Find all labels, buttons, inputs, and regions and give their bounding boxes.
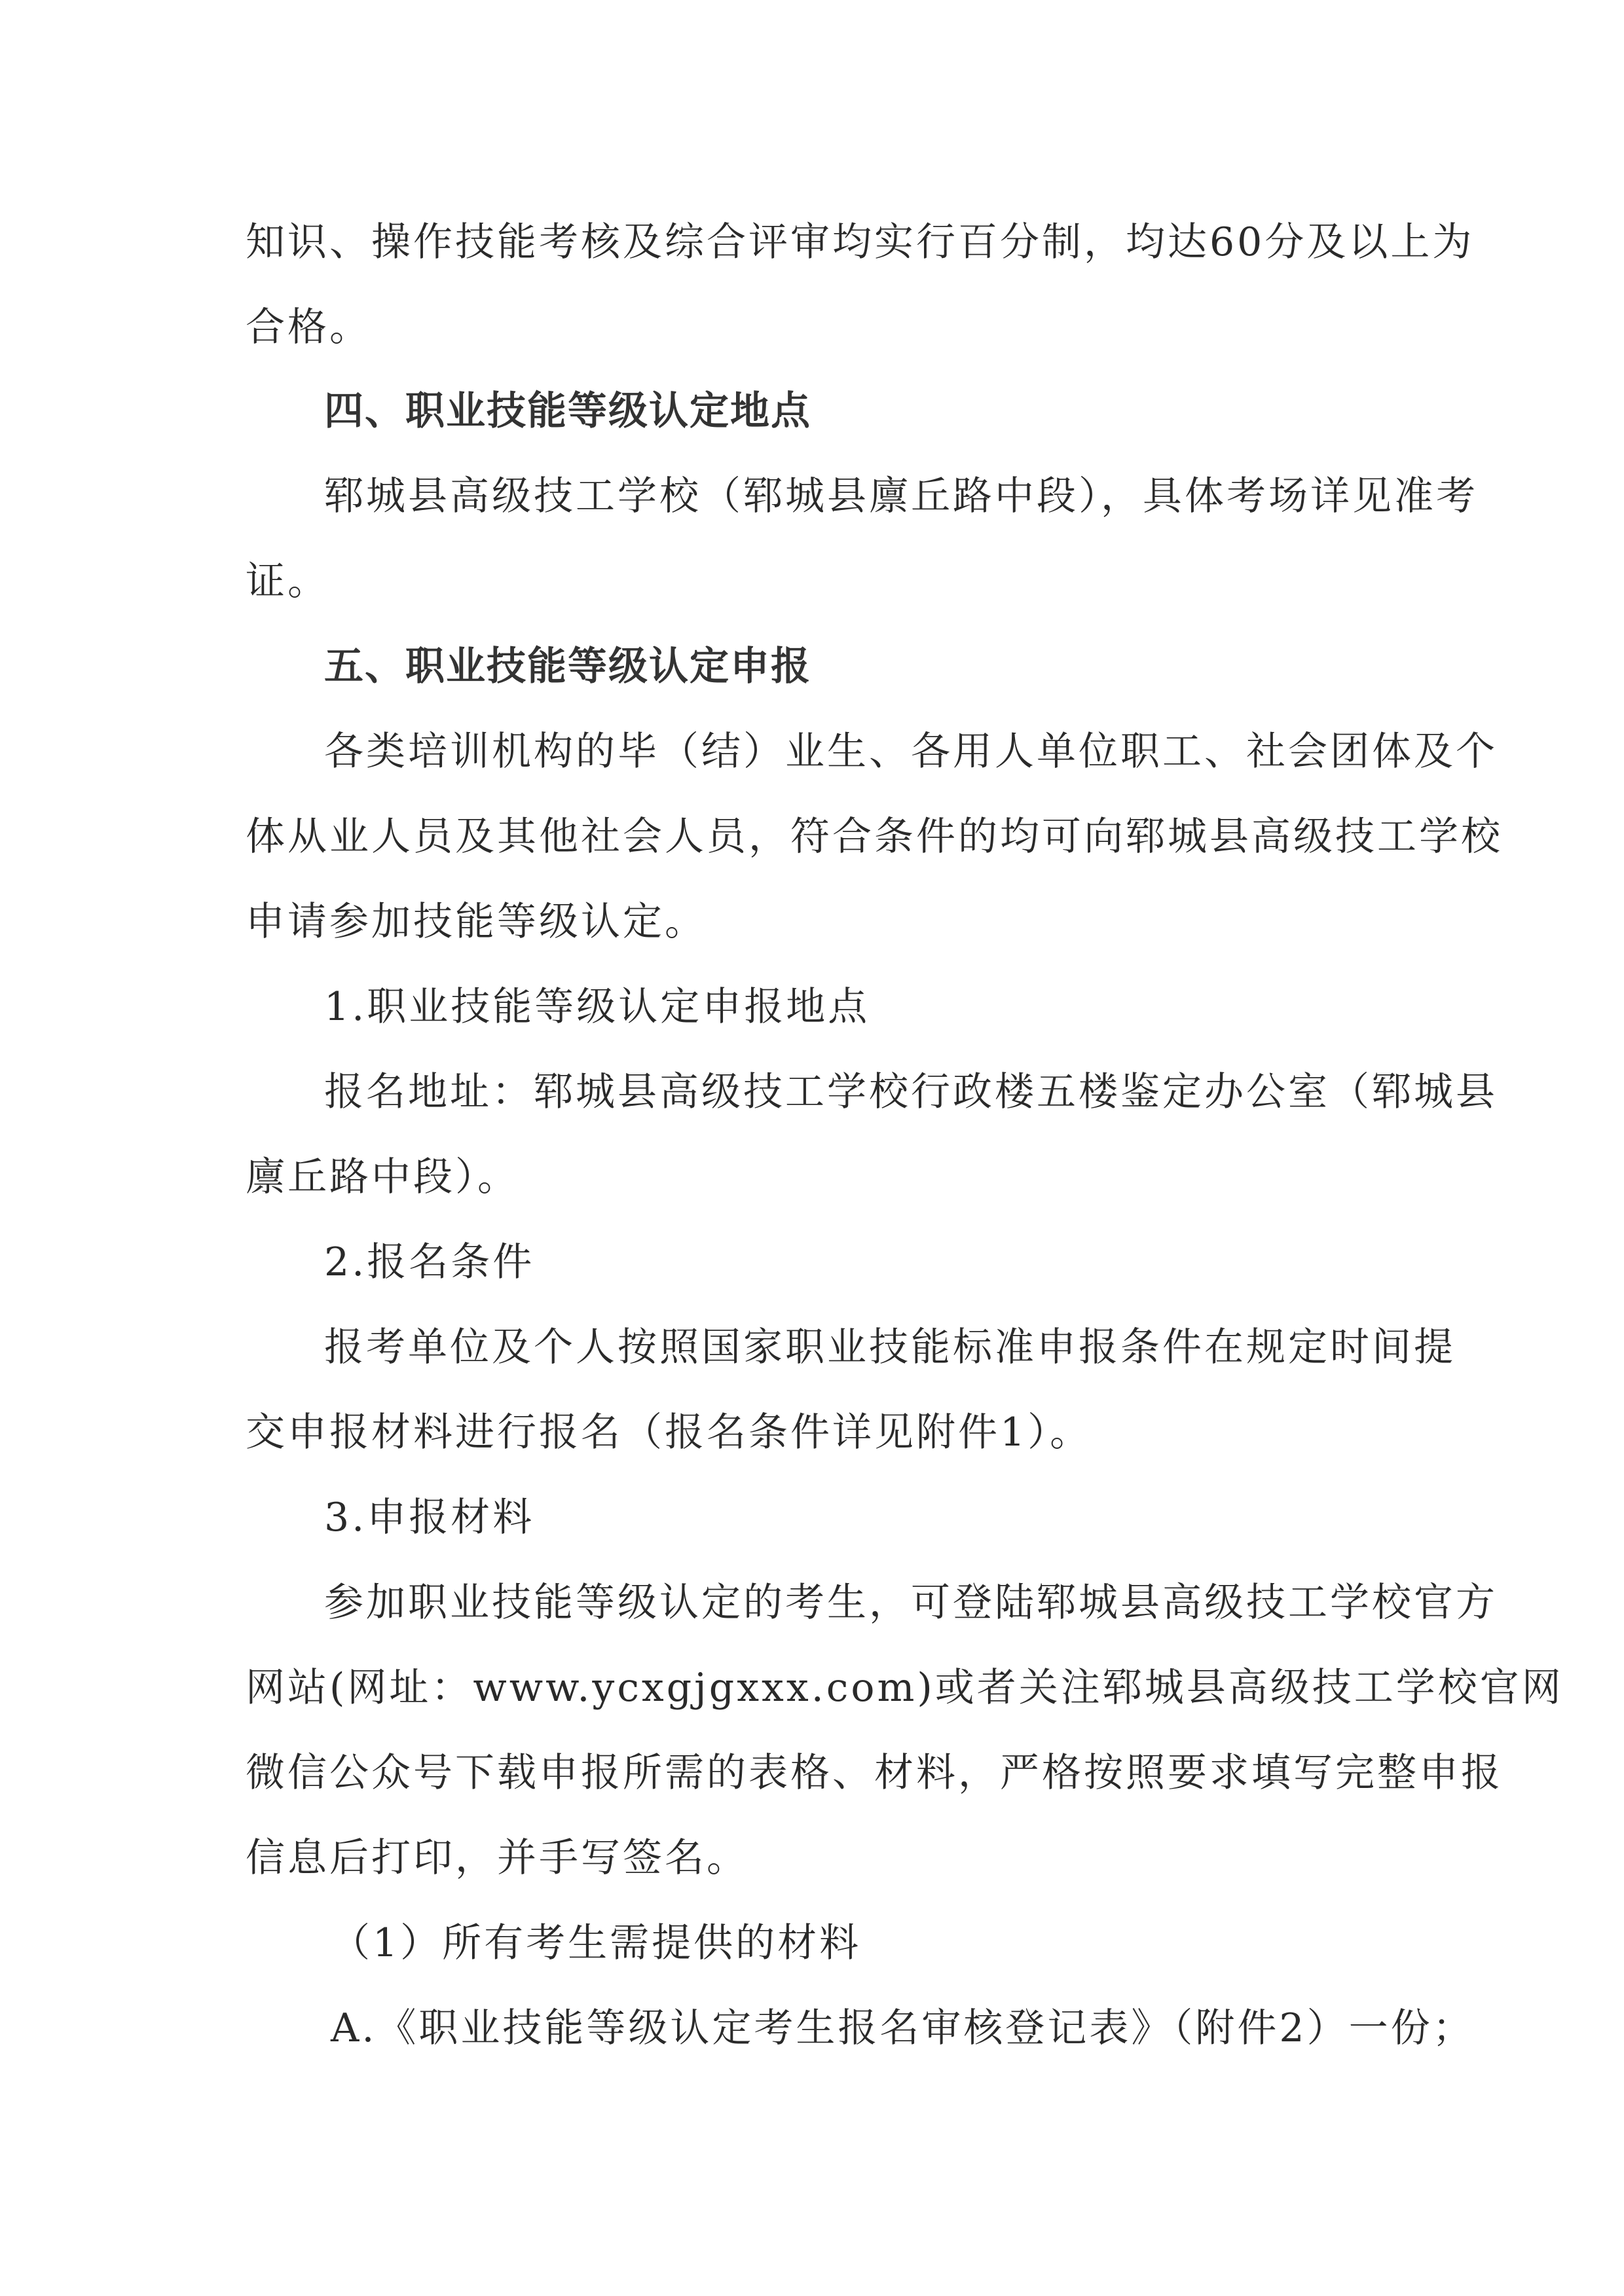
paragraph-line: 体从业人员及其他社会人员，符合条件的均可向郓城县高级技工学校 bbox=[246, 811, 1392, 863]
section-heading-location: 四、职业技能等级认定地点 bbox=[324, 385, 1470, 437]
subsection-heading-materials: 3.申报材料 bbox=[324, 1491, 1470, 1544]
paragraph-line: 参加职业技能等级认定的考生，可登陆郓城县高级技工学校官方 bbox=[324, 1576, 1470, 1629]
item-heading-required-materials: （1）所有考生需提供的材料 bbox=[331, 1917, 1477, 1969]
paragraph-line-with-url: 网站(网址：www.ycxgjgxxx.com)或者关注郓城县高级技工学校官网 bbox=[246, 1662, 1392, 1714]
paragraph-line: 知识、操作技能考核及综合评审均实行百分制，均达60分及以上为 bbox=[246, 216, 1392, 268]
paragraph-line: 信息后打印，并手写签名。 bbox=[246, 1832, 1392, 1884]
paragraph-line: 各类培训机构的毕（结）业生、各用人单位职工、社会团体及个 bbox=[324, 725, 1470, 778]
paragraph-line: 证。 bbox=[246, 555, 1392, 608]
paragraph-line: 申请参加技能等级认定。 bbox=[246, 896, 1392, 948]
paragraph-line: 报名地址：郓城县高级技工学校行政楼五楼鉴定办公室（郓城县 bbox=[324, 1066, 1470, 1118]
subsection-heading-requirements: 2.报名条件 bbox=[324, 1236, 1470, 1288]
paragraph-line: 交申报材料进行报名（报名条件详见附件1）。 bbox=[246, 1406, 1392, 1459]
document-page: 知识、操作技能考核及综合评审均实行百分制，均达60分及以上为 合格。 四、职业技… bbox=[0, 0, 1624, 2296]
list-item-registration-form: A.《职业技能等级认定考生报名审核登记表》（附件2）一份； bbox=[331, 2002, 1477, 2054]
paragraph-line: 郓城县高级技工学校（郓城县廪丘路中段），具体考场详见准考 bbox=[324, 470, 1470, 522]
section-heading-application: 五、职业技能等级认定申报 bbox=[324, 640, 1470, 693]
subsection-heading-application-location: 1.职业技能等级认定申报地点 bbox=[324, 981, 1470, 1033]
paragraph-line: 微信公众号下载申报所需的表格、材料，严格按照要求填写完整申报 bbox=[246, 1747, 1392, 1799]
paragraph-line: 廪丘路中段）。 bbox=[246, 1151, 1392, 1203]
paragraph-line: 合格。 bbox=[246, 301, 1392, 354]
paragraph-line: 报考单位及个人按照国家职业技能标准申报条件在规定时间提 bbox=[324, 1321, 1470, 1374]
